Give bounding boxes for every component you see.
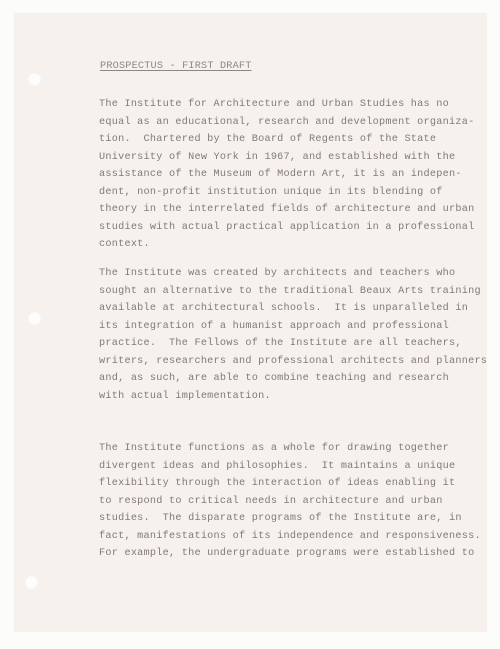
text-line: dent, non-profit institution unique in i…	[99, 184, 474, 202]
text-line: writers, researchers and professional ar…	[99, 353, 487, 371]
text-line: to respond to critical needs in architec…	[99, 493, 481, 511]
text-line: tion. Chartered by the Board of Regents …	[99, 131, 474, 149]
text-line: its integration of a humanist approach a…	[99, 318, 487, 336]
text-line: fact, manifestations of its independence…	[99, 528, 481, 546]
text-line: studies with actual practical applicatio…	[99, 219, 474, 237]
text-line: studies. The disparate programs of the I…	[99, 510, 481, 528]
text-line: with actual implementation.	[99, 388, 487, 406]
text-line: University of New York in 1967, and esta…	[99, 149, 474, 167]
paragraph-2: The Institute was created by architects …	[99, 265, 487, 405]
document-title: PROSPECTUS - FIRST DRAFT	[100, 61, 252, 72]
paragraph-1: The Institute for Architecture and Urban…	[99, 96, 474, 254]
text-line: The Institute for Architecture and Urban…	[99, 96, 474, 114]
text-line: assistance of the Museum of Modern Art, …	[99, 166, 474, 184]
text-line: For example, the undergraduate programs …	[99, 545, 481, 563]
text-line: practice. The Fellows of the Institute a…	[99, 335, 487, 353]
text-line: The Institute functions as a whole for d…	[99, 440, 481, 458]
text-line: theory in the interrelated fields of arc…	[99, 201, 474, 219]
text-line: and, as such, are able to combine teachi…	[99, 370, 487, 388]
text-line: context.	[99, 236, 474, 254]
text-line: equal as an educational, research and de…	[99, 114, 474, 132]
binder-hole-middle	[28, 312, 41, 325]
text-line: The Institute was created by architects …	[99, 265, 487, 283]
text-line: divergent ideas and philosophies. It mai…	[99, 458, 481, 476]
text-line: flexibility through the interaction of i…	[99, 475, 481, 493]
binder-hole-bottom	[25, 576, 38, 589]
paragraph-3: The Institute functions as a whole for d…	[99, 440, 481, 563]
document-page: PROSPECTUS - FIRST DRAFT The Institute f…	[14, 13, 487, 632]
text-line: available at architectural schools. It i…	[99, 300, 487, 318]
binder-hole-top	[28, 73, 41, 86]
text-line: sought an alternative to the traditional…	[99, 283, 487, 301]
